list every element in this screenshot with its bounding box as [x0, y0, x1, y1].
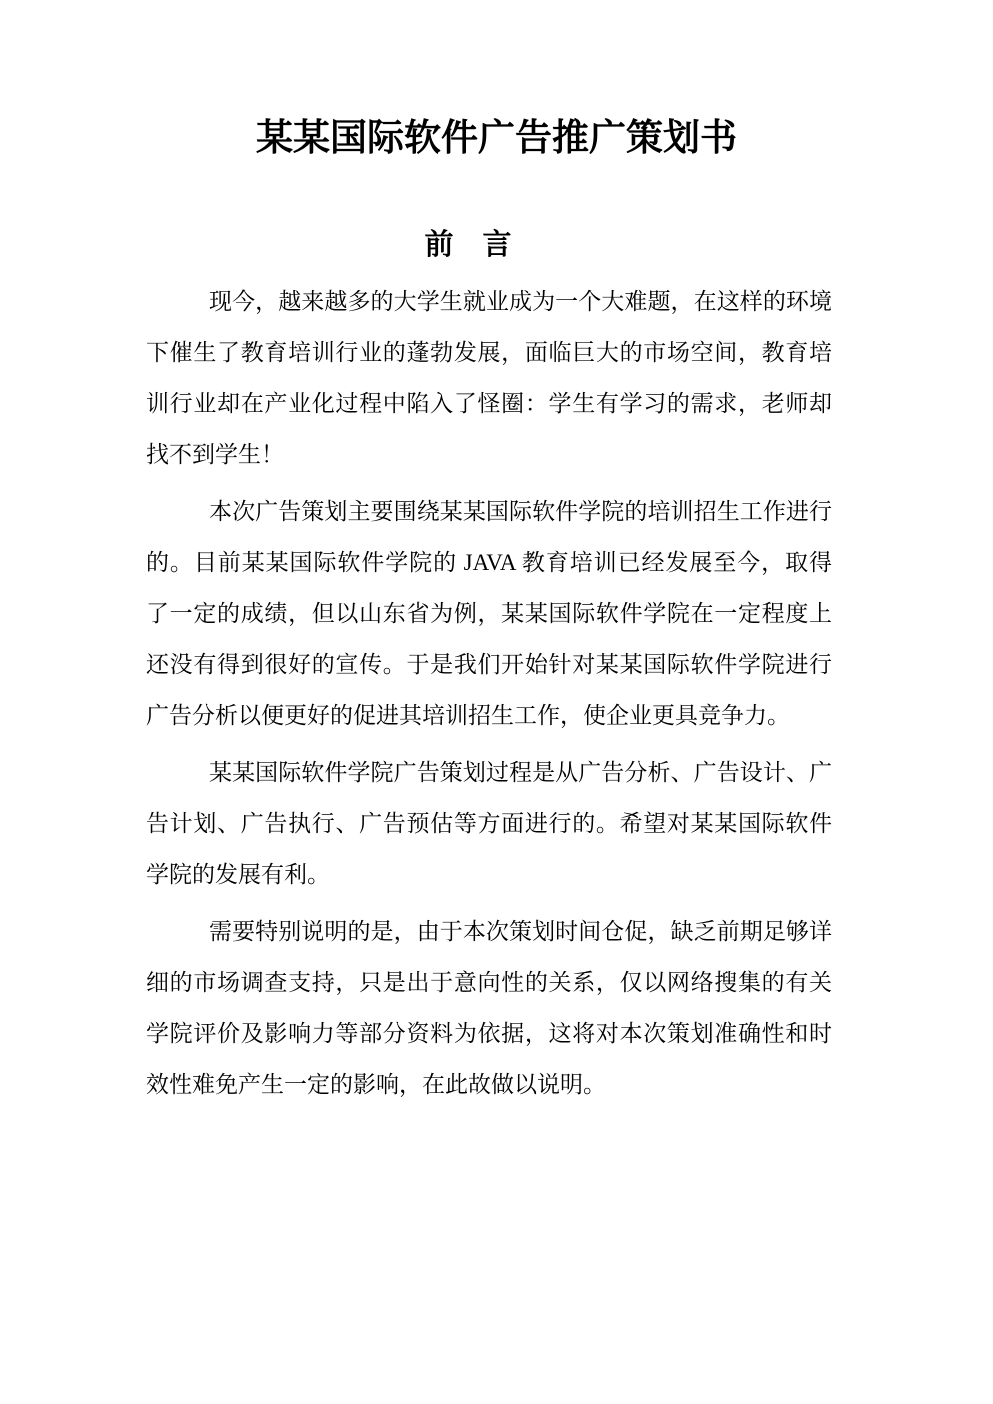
paragraph: 需要特别说明的是，由于本次策划时间仓促，缺乏前期足够详 细的市场调查支持，只是出…: [146, 906, 832, 1110]
text-line: 需要特别说明的是，由于本次策划时间仓促，缺乏前期足够详: [146, 906, 832, 957]
text-line: 下催生了教育培训行业的蓬勃发展，面临巨大的市场空间，教育培: [146, 327, 832, 378]
text-line: 细的市场调查支持，只是出于意向性的关系，仅以网络搜集的有关: [146, 957, 832, 1008]
text-line: 了一定的成绩，但以山东省为例，某某国际软件学院在一定程度上: [146, 588, 832, 639]
paragraph: 本次广告策划主要围绕某某国际软件学院的培训招生工作进行 的。目前某某国际软件学院…: [146, 486, 832, 741]
preface-heading: 前 言: [0, 227, 993, 263]
text-line: 现今，越来越多的大学生就业成为一个大难题，在这样的环境: [146, 276, 832, 327]
text-line: 学院的发展有利。: [146, 849, 832, 900]
text-line: 告计划、广告执行、广告预估等方面进行的。希望对某某国际软件: [146, 798, 832, 849]
text-line: 本次广告策划主要围绕某某国际软件学院的培训招生工作进行: [146, 486, 832, 537]
paragraph: 现今，越来越多的大学生就业成为一个大难题，在这样的环境 下催生了教育培训行业的蓬…: [146, 276, 832, 480]
text-line: 学院评价及影响力等部分资料为依据，这将对本次策划准确性和时: [146, 1008, 832, 1059]
text-line: 找不到学生！: [146, 429, 832, 480]
text-line: 某某国际软件学院广告策划过程是从广告分析、广告设计、广: [146, 747, 832, 798]
document-page: 某某国际软件广告推广策划书 前 言 现今，越来越多的大学生就业成为一个大难题，在…: [0, 0, 993, 1404]
text-line: 广告分析以便更好的促进其培训招生工作，使企业更具竞争力。: [146, 690, 832, 741]
text-line: 的。目前某某国际软件学院的 JAVA 教育培训已经发展至今，取得: [146, 537, 832, 588]
document-body: 现今，越来越多的大学生就业成为一个大难题，在这样的环境 下催生了教育培训行业的蓬…: [146, 276, 832, 1116]
text-line: 训行业却在产业化过程中陷入了怪圈：学生有学习的需求，老师却: [146, 378, 832, 429]
text-line: 还没有得到很好的宣传。于是我们开始针对某某国际软件学院进行: [146, 639, 832, 690]
paragraph: 某某国际软件学院广告策划过程是从广告分析、广告设计、广 告计划、广告执行、广告预…: [146, 747, 832, 900]
text-line: 效性难免产生一定的影响，在此故做以说明。: [146, 1059, 832, 1110]
document-title: 某某国际软件广告推广策划书: [0, 115, 993, 163]
